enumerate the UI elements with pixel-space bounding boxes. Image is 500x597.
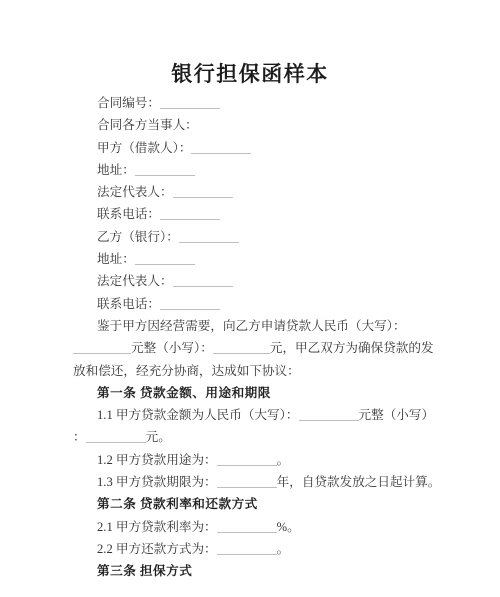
- document-line: 法定代表人：: [73, 270, 433, 292]
- line-text: 1.1 甲方贷款金额为人民币（大写）：: [97, 408, 299, 422]
- line-text: 2.1 甲方贷款利率为：: [97, 520, 217, 534]
- blank-field: [217, 453, 277, 466]
- blank-field: [135, 252, 195, 265]
- line-text: 第一条 贷款金额、用途和期限: [97, 386, 271, 400]
- document-line: 地址：: [73, 159, 433, 181]
- section-heading: 第二条 贷款利率和还款方式: [73, 493, 433, 515]
- line-text: 第二条 贷款利率和还款方式: [97, 497, 258, 511]
- blank-field: [160, 207, 220, 220]
- document-line: 放和偿还，经充分协商，达成如下协议：: [73, 360, 433, 382]
- document-line: 1.2 甲方贷款用途为：。: [73, 449, 433, 471]
- line-text: 鉴于甲方因经营需要，向乙方申请贷款人民币（大写）：: [97, 319, 406, 333]
- line-text: %。: [277, 520, 300, 534]
- line-text: 合同各方当事人：: [97, 118, 198, 132]
- document-title: 银行担保函样本: [0, 58, 500, 88]
- blank-field: [217, 475, 277, 488]
- blank-field: [135, 163, 195, 176]
- section-heading: 第一条 贷款金额、用途和期限: [73, 382, 433, 404]
- line-text: 1.2 甲方贷款用途为：: [97, 453, 217, 467]
- document-line: 法定代表人：: [73, 181, 433, 203]
- line-text: 元，甲乙双方为确保贷款的发: [270, 341, 434, 355]
- line-text: 法定代表人：: [97, 274, 173, 288]
- document-line: 联系电话：: [73, 293, 433, 315]
- line-text: 地址：: [97, 163, 135, 177]
- line-text: 联系电话：: [97, 207, 160, 221]
- blank-field: [173, 185, 233, 198]
- line-text: 合同编号：: [97, 96, 160, 110]
- document-line: 合同各方当事人：: [73, 114, 433, 136]
- document-line: 联系电话：: [73, 203, 433, 225]
- blank-field: [217, 520, 277, 533]
- blank-field: [73, 341, 131, 354]
- line-text: 元。: [146, 430, 171, 444]
- line-text: 元整（小写）: [359, 408, 435, 422]
- line-text: 第三条 担保方式: [97, 564, 192, 578]
- document-line: ：元。: [73, 426, 433, 448]
- document-line: 乙方（银行）：: [73, 226, 433, 248]
- blank-field: [160, 96, 220, 109]
- blank-field: [217, 542, 277, 555]
- document-line: 2.1 甲方贷款利率为：%。: [73, 516, 433, 538]
- document-body: 合同编号：合同各方当事人：甲方（借款人）：地址：法定代表人：联系电话：乙方（银行…: [73, 92, 433, 583]
- document-line: 甲方（借款人）：: [73, 137, 433, 159]
- line-text: 2.2 甲方还款方式为：: [97, 542, 217, 556]
- document-line: 元整（小写）：元，甲乙双方为确保贷款的发: [73, 337, 433, 359]
- line-text: 元整（小写）：: [131, 341, 213, 355]
- document-line: 1.3 甲方贷款期限为：年，自贷款发放之日起计算。: [73, 471, 433, 493]
- line-text: 联系电话：: [97, 297, 160, 311]
- document-line: 鉴于甲方因经营需要，向乙方申请贷款人民币（大写）：: [73, 315, 433, 337]
- line-text: 放和偿还，经充分协商，达成如下协议：: [73, 364, 300, 378]
- line-text: 甲方（借款人）：: [97, 141, 191, 155]
- line-text: 乙方（银行）：: [97, 230, 179, 244]
- line-text: ：: [73, 430, 86, 444]
- blank-field: [160, 297, 220, 310]
- line-text: 法定代表人：: [97, 185, 173, 199]
- document-line: 合同编号：: [73, 92, 433, 114]
- blank-field: [179, 230, 239, 243]
- line-text: 。: [277, 542, 290, 556]
- blank-field: [173, 274, 233, 287]
- line-text: 1.3 甲方贷款期限为：: [97, 475, 217, 489]
- line-text: 地址：: [97, 252, 135, 266]
- blank-field: [213, 341, 270, 354]
- document-page: 银行担保函样本 合同编号：合同各方当事人：甲方（借款人）：地址：法定代表人：联系…: [0, 0, 500, 597]
- blank-field: [191, 141, 251, 154]
- document-line: 1.1 甲方贷款金额为人民币（大写）：元整（小写）: [73, 404, 433, 426]
- blank-field: [299, 408, 359, 421]
- line-text: 。: [277, 453, 290, 467]
- document-line: 地址：: [73, 248, 433, 270]
- line-text: 年，自贷款发放之日起计算。: [277, 475, 441, 489]
- document-line: 2.2 甲方还款方式为：。: [73, 538, 433, 560]
- blank-field: [86, 430, 146, 443]
- section-heading: 第三条 担保方式: [73, 560, 433, 582]
